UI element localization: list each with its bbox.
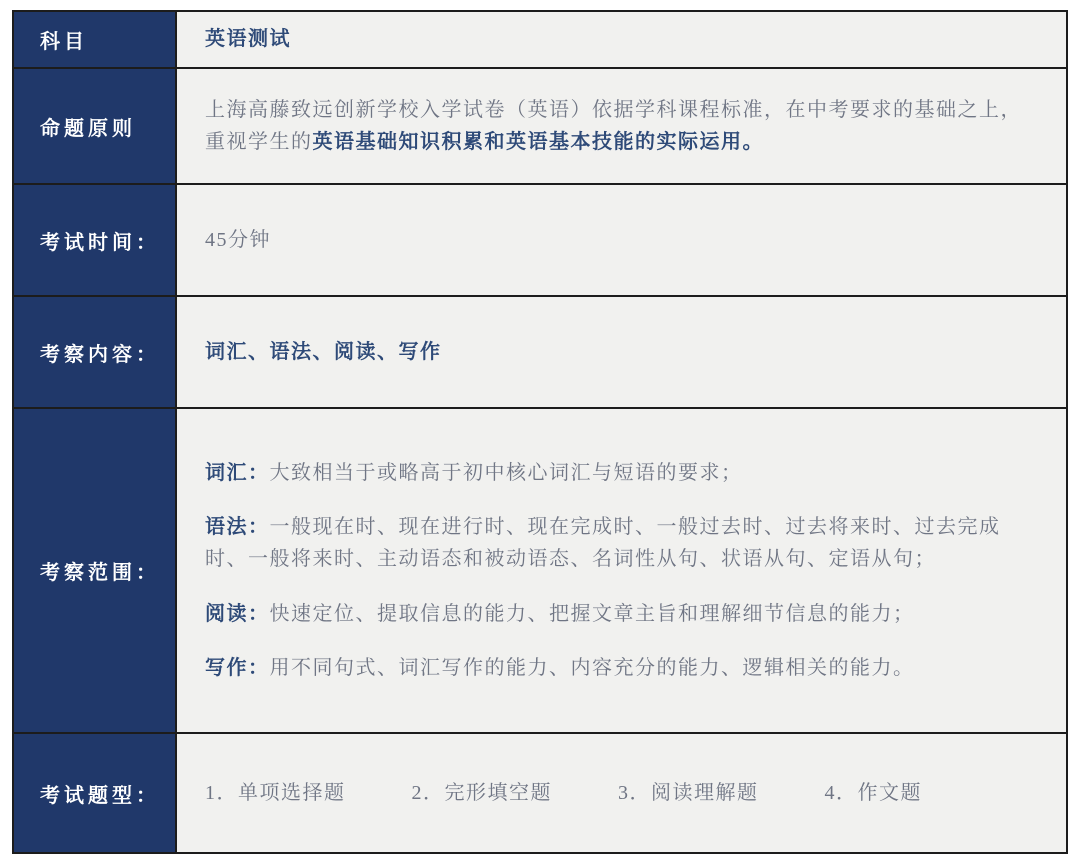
scope-writing-term: 写作： <box>205 657 270 679</box>
content-value-cell: 词汇、语法、阅读、写作 <box>177 297 1066 407</box>
table-row-content: 考察内容： 词汇、语法、阅读、写作 <box>14 297 1066 409</box>
scope-vocab-paragraph: 词汇：大致相当于或略高于初中核心词汇与短语的要求； <box>205 457 1038 489</box>
scope-writing-desc: 用不同句式、词汇写作的能力、内容充分的能力、逻辑相关的能力。 <box>270 657 915 679</box>
table-row-subject: 科目 英语测试 <box>14 12 1066 69</box>
table-row-types: 考试题型： 1．单项选择题 2．完形填空题 3．阅读理解题 4．作文题 <box>14 734 1066 852</box>
scope-reading-term: 阅读： <box>205 603 270 625</box>
document-page: 科目 英语测试 命题原则 上海高藤致远创新学校入学试卷（英语）依据学科课程标准，… <box>0 0 1080 866</box>
scope-vocab-term: 词汇： <box>205 462 270 484</box>
types-list: 1．单项选择题 2．完形填空题 3．阅读理解题 4．作文题 <box>205 777 1038 809</box>
scope-reading-paragraph: 阅读：快速定位、提取信息的能力、把握文章主旨和理解细节信息的能力； <box>205 598 1038 630</box>
table-row-principle: 命题原则 上海高藤致远创新学校入学试卷（英语）依据学科课程标准，在中考要求的基础… <box>14 69 1066 185</box>
subject-value-cell: 英语测试 <box>177 12 1066 67</box>
principle-value-cell: 上海高藤致远创新学校入学试卷（英语）依据学科课程标准，在中考要求的基础之上，重视… <box>177 69 1066 183</box>
scope-grammar-desc: 一般现在时、现在进行时、现在完成时、一般过去时、过去将来时、过去完成时、一般将来… <box>205 516 1001 570</box>
scope-value-cell: 词汇：大致相当于或略高于初中核心词汇与短语的要求； 语法：一般现在时、现在进行时… <box>177 409 1066 732</box>
types-item-4: 4．作文题 <box>825 777 923 809</box>
principle-label: 命题原则 <box>14 69 177 183</box>
subject-value: 英语测试 <box>205 23 1038 55</box>
types-label: 考试题型： <box>14 734 177 852</box>
table-row-duration: 考试时间： 45分钟 <box>14 185 1066 297</box>
scope-grammar-term: 语法： <box>205 516 270 538</box>
principle-paragraph: 上海高藤致远创新学校入学试卷（英语）依据学科课程标准，在中考要求的基础之上，重视… <box>205 94 1038 159</box>
types-item-2: 2．完形填空题 <box>412 777 553 809</box>
scope-vocab-desc: 大致相当于或略高于初中核心词汇与短语的要求； <box>270 462 743 484</box>
types-item-1: 1．单项选择题 <box>205 777 346 809</box>
content-label: 考察内容： <box>14 297 177 407</box>
scope-label: 考察范围： <box>14 409 177 732</box>
types-item-3: 3．阅读理解题 <box>618 777 759 809</box>
exam-info-table: 科目 英语测试 命题原则 上海高藤致远创新学校入学试卷（英语）依据学科课程标准，… <box>12 10 1068 854</box>
scope-grammar-paragraph: 语法：一般现在时、现在进行时、现在完成时、一般过去时、过去将来时、过去完成时、一… <box>205 511 1038 576</box>
content-value: 词汇、语法、阅读、写作 <box>205 336 1038 368</box>
scope-reading-desc: 快速定位、提取信息的能力、把握文章主旨和理解细节信息的能力； <box>270 603 915 625</box>
duration-label: 考试时间： <box>14 185 177 295</box>
duration-value: 45分钟 <box>205 224 1038 256</box>
scope-writing-paragraph: 写作：用不同句式、词汇写作的能力、内容充分的能力、逻辑相关的能力。 <box>205 652 1038 684</box>
table-row-scope: 考察范围： 词汇：大致相当于或略高于初中核心词汇与短语的要求； 语法：一般现在时… <box>14 409 1066 734</box>
duration-value-cell: 45分钟 <box>177 185 1066 295</box>
subject-label: 科目 <box>14 12 177 67</box>
types-value-cell: 1．单项选择题 2．完形填空题 3．阅读理解题 4．作文题 <box>177 734 1066 852</box>
principle-text-bold: 英语基础知识积累和英语基本技能的实际运用。 <box>313 131 765 153</box>
